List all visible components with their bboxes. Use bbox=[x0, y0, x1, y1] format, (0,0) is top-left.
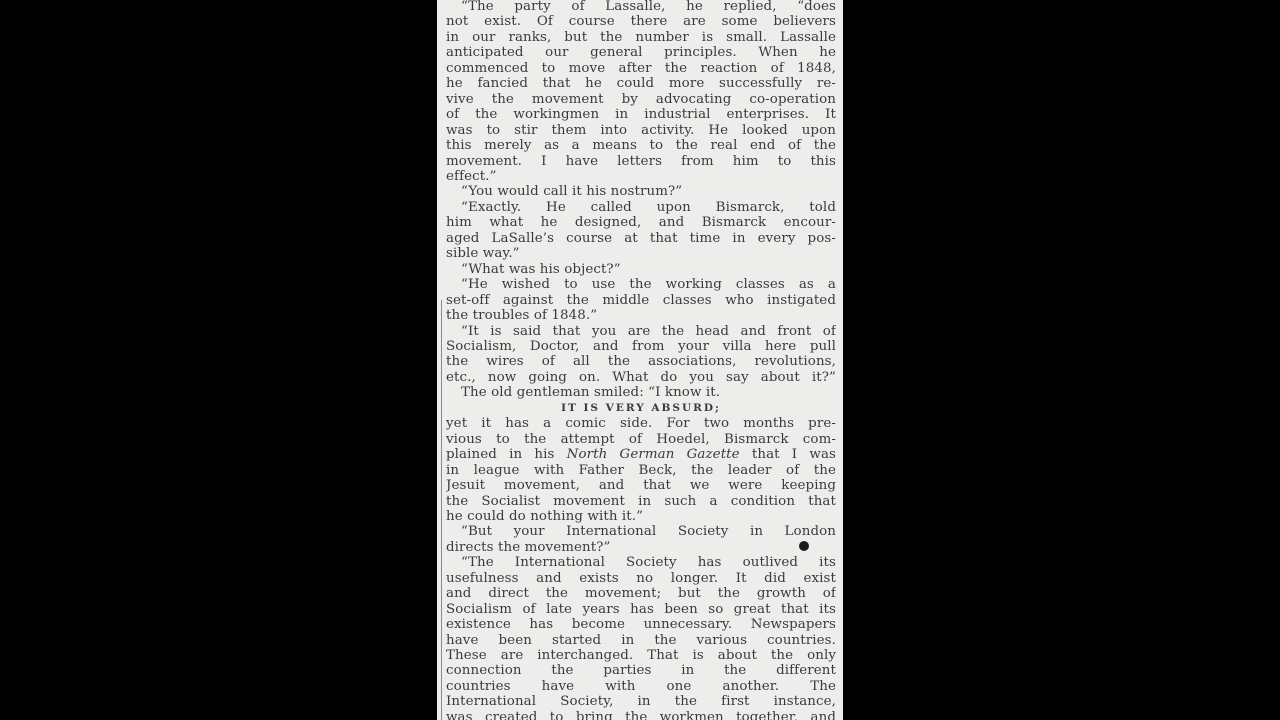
text-line: the troubles of 1848.” bbox=[446, 308, 836, 323]
text-line: countries have with one another. The bbox=[446, 679, 836, 694]
text-line: Socialism of late years has been so grea… bbox=[446, 602, 836, 617]
text-line: this merely as a means to the real end o… bbox=[446, 138, 836, 153]
text-line: effect.” bbox=[446, 169, 836, 184]
text-line: usefulness and exists no longer. It did … bbox=[446, 571, 836, 586]
text-line: and direct the movement; but the growth … bbox=[446, 586, 836, 601]
subheading: IT IS VERY ABSURD; bbox=[446, 401, 836, 416]
text-line: “He wished to use the working classes as… bbox=[446, 277, 836, 292]
text-line: “The party of Lassalle, he replied, “doe… bbox=[446, 0, 836, 14]
text-line: he could do nothing with it.” bbox=[446, 509, 836, 524]
text-line: he fancied that he could more successful… bbox=[446, 76, 836, 91]
text-line: anticipated our general principles. When… bbox=[446, 45, 836, 60]
text-line: etc., now going on. What do you say abou… bbox=[446, 370, 836, 385]
text-line: the Socialist movement in such a conditi… bbox=[446, 494, 836, 509]
text-line: existence has become unnecessary. Newspa… bbox=[446, 617, 836, 632]
text-line: commenced to move after the reaction of … bbox=[446, 61, 836, 76]
text-line: “The International Society has outlived … bbox=[446, 555, 836, 570]
text-line: “You would call it his nostrum?” bbox=[446, 184, 836, 199]
video-frame: “The party of Lassalle, he replied, “doe… bbox=[0, 0, 1280, 720]
ink-blot bbox=[799, 541, 809, 551]
text-line: yet it has a comic side. For two months … bbox=[446, 416, 836, 431]
text-line: These are interchanged. That is about th… bbox=[446, 648, 836, 663]
text-line: “Exactly. He called upon Bismarck, told bbox=[446, 200, 836, 215]
text-line: “It is said that you are the head and fr… bbox=[446, 324, 836, 339]
text-line: was created to bring the workmen togethe… bbox=[446, 710, 836, 720]
text-line: sible way.” bbox=[446, 246, 836, 261]
text-line: in league with Father Beck, the leader o… bbox=[446, 463, 836, 478]
text-line: vious to the attempt of Hoedel, Bismarck… bbox=[446, 432, 836, 447]
article-text: “The party of Lassalle, he replied, “doe… bbox=[446, 0, 836, 720]
text-line: have been started in the various countri… bbox=[446, 633, 836, 648]
text-line: Jesuit movement, and that we were keepin… bbox=[446, 478, 836, 493]
text-line: in our ranks, but the number is small. L… bbox=[446, 30, 836, 45]
text-line: “What was his object?” bbox=[446, 262, 836, 277]
text-line: vive the movement by advocating co-opera… bbox=[446, 92, 836, 107]
text-line: the wires of all the associations, revol… bbox=[446, 354, 836, 369]
text-line: The old gentleman smiled: “I know it. bbox=[446, 385, 836, 400]
column-rule bbox=[441, 300, 442, 720]
text-line: of the workingmen in industrial enterpri… bbox=[446, 107, 836, 122]
text-line: him what he designed, and Bismarck encou… bbox=[446, 215, 836, 230]
text-line: not exist. Of course there are some beli… bbox=[446, 14, 836, 29]
text-line: connection the parties in the different bbox=[446, 663, 836, 678]
text-line: set-off against the middle classes who i… bbox=[446, 293, 836, 308]
text-line: movement. I have letters from him to thi… bbox=[446, 154, 836, 169]
text-line: plained in his North German Gazette that… bbox=[446, 447, 836, 462]
text-line: “But your International Society in Londo… bbox=[446, 524, 836, 539]
text-line: directs the movement?” bbox=[446, 540, 836, 555]
text-line: aged LaSalle’s course at that time in ev… bbox=[446, 231, 836, 246]
text-line: was to stir them into activity. He looke… bbox=[446, 123, 836, 138]
text-line: Socialism, Doctor, and from your villa h… bbox=[446, 339, 836, 354]
newspaper-clipping: “The party of Lassalle, he replied, “doe… bbox=[437, 0, 843, 720]
text-line: International Society, in the first inst… bbox=[446, 694, 836, 709]
